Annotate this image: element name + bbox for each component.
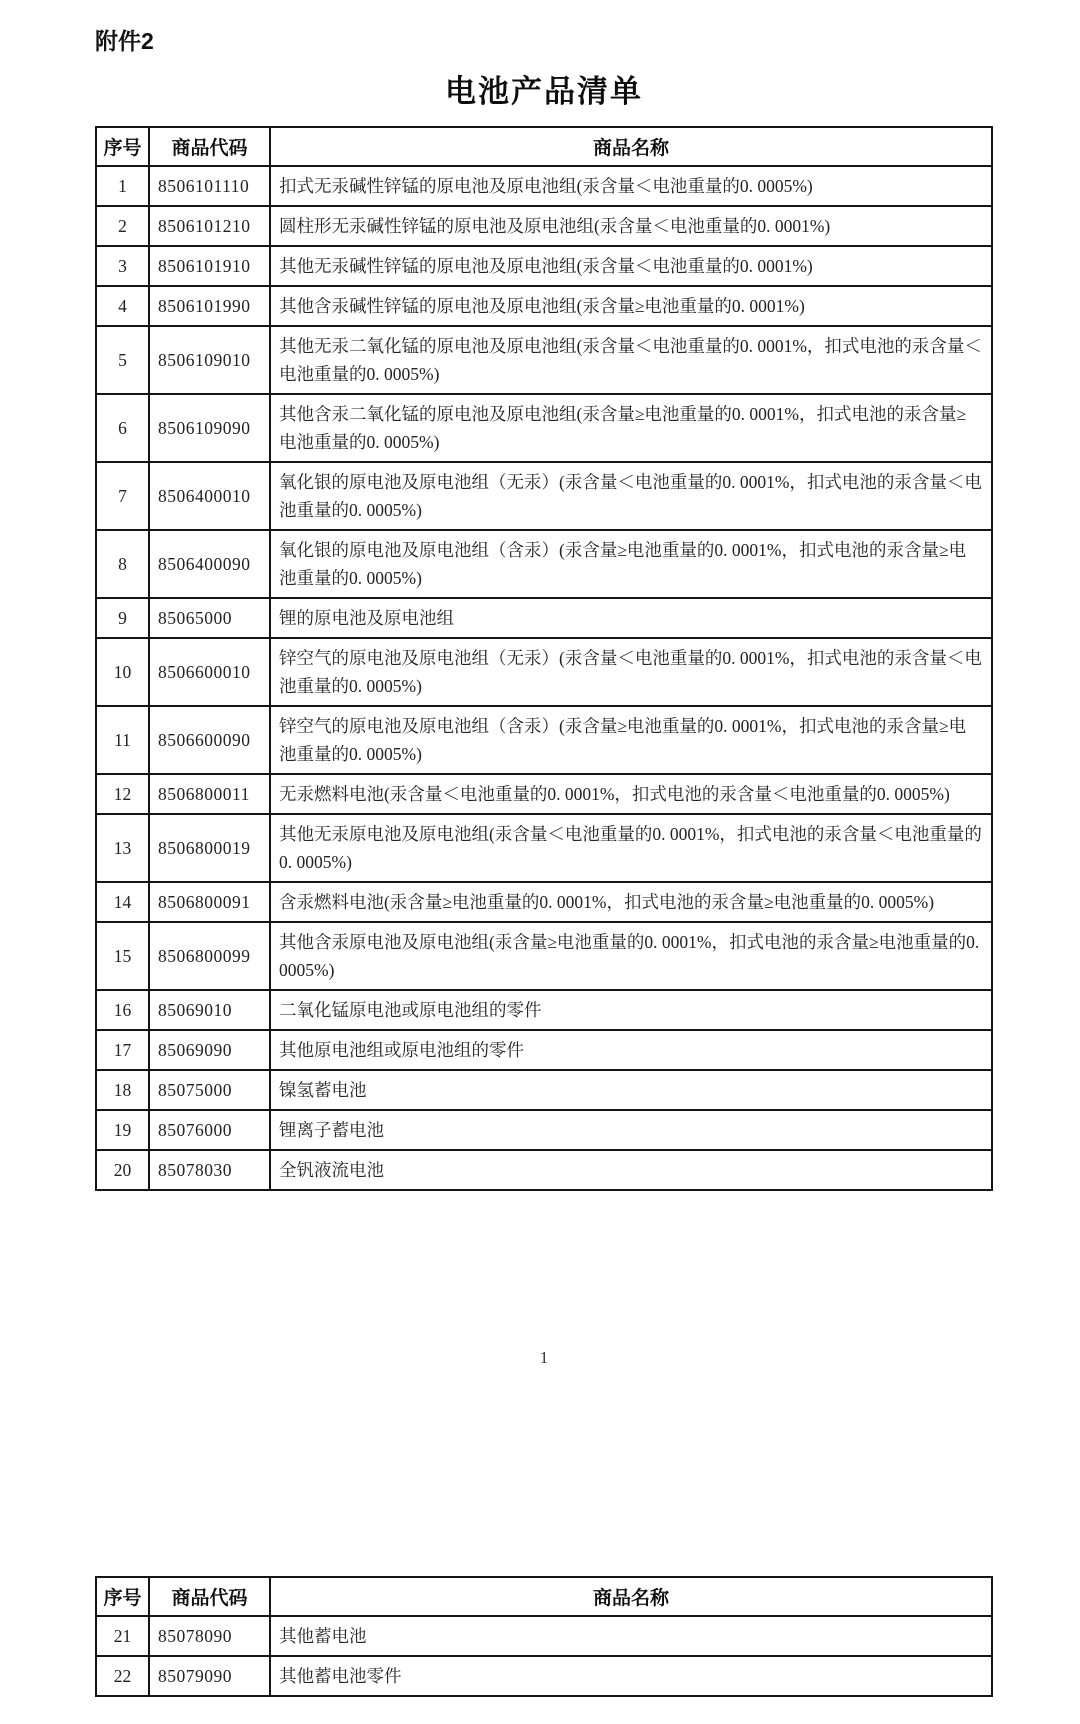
- row-number-cell: 2: [96, 206, 149, 246]
- product-code-cell: 85069010: [149, 990, 270, 1030]
- row-number-cell: 18: [96, 1070, 149, 1110]
- battery-product-table-page2-wrap: 序号 商品代码 商品名称 21 85078090 其他蓄电池 22 850790…: [95, 1576, 993, 1697]
- table-row: 4 8506101990 其他含汞碱性锌锰的原电池及原电池组(汞含量≥电池重量的…: [96, 286, 992, 326]
- product-name-cell: 锂的原电池及原电池组: [270, 598, 992, 638]
- table-body-page1: 1 8506101110 扣式无汞碱性锌锰的原电池及原电池组(汞含量＜电池重量的…: [96, 166, 992, 1190]
- product-code-cell: 8506800099: [149, 922, 270, 990]
- product-name-cell: 其他蓄电池: [270, 1616, 992, 1656]
- product-code-cell: 8506109090: [149, 394, 270, 462]
- product-name-cell: 其他含汞原电池及原电池组(汞含量≥电池重量的0. 0001%，扣式电池的汞含量≥…: [270, 922, 992, 990]
- row-number-cell: 13: [96, 814, 149, 882]
- row-number-cell: 3: [96, 246, 149, 286]
- product-name-cell: 圆柱形无汞碱性锌锰的原电池及原电池组(汞含量＜电池重量的0. 0001%): [270, 206, 992, 246]
- row-number-cell: 9: [96, 598, 149, 638]
- page-number: 1: [95, 1348, 993, 1368]
- product-code-cell: 8506101990: [149, 286, 270, 326]
- product-code-cell: 85065000: [149, 598, 270, 638]
- table-row: 8 8506400090 氧化银的原电池及原电池组（含汞）(汞含量≥电池重量的0…: [96, 530, 992, 598]
- table-row: 14 8506800091 含汞燃料电池(汞含量≥电池重量的0. 0001%，扣…: [96, 882, 992, 922]
- product-code-cell: 8506101210: [149, 206, 270, 246]
- product-name-cell: 含汞燃料电池(汞含量≥电池重量的0. 0001%，扣式电池的汞含量≥电池重量的0…: [270, 882, 992, 922]
- product-code-cell: 8506400090: [149, 530, 270, 598]
- header-cell-no: 序号: [96, 1577, 149, 1616]
- document-page: 附件2 电池产品清单 序号 商品代码 商品名称 1 8506101110 扣式无…: [0, 0, 1080, 1724]
- product-name-cell: 锂离子蓄电池: [270, 1110, 992, 1150]
- product-name-cell: 其他无汞碱性锌锰的原电池及原电池组(汞含量＜电池重量的0. 0001%): [270, 246, 992, 286]
- product-name-cell: 二氧化锰原电池或原电池组的零件: [270, 990, 992, 1030]
- table-row: 5 8506109010 其他无汞二氧化锰的原电池及原电池组(汞含量＜电池重量的…: [96, 326, 992, 394]
- product-name-cell: 其他蓄电池零件: [270, 1656, 992, 1696]
- table-row: 18 85075000 镍氢蓄电池: [96, 1070, 992, 1110]
- table-row: 11 8506600090 锌空气的原电池及原电池组（含汞）(汞含量≥电池重量的…: [96, 706, 992, 774]
- table-row: 15 8506800099 其他含汞原电池及原电池组(汞含量≥电池重量的0. 0…: [96, 922, 992, 990]
- row-number-cell: 14: [96, 882, 149, 922]
- product-name-cell: 无汞燃料电池(汞含量＜电池重量的0. 0001%，扣式电池的汞含量＜电池重量的0…: [270, 774, 992, 814]
- product-code-cell: 8506800019: [149, 814, 270, 882]
- row-number-cell: 22: [96, 1656, 149, 1696]
- header-cell-no: 序号: [96, 127, 149, 166]
- product-name-cell: 锌空气的原电池及原电池组（含汞）(汞含量≥电池重量的0. 0001%，扣式电池的…: [270, 706, 992, 774]
- row-number-cell: 10: [96, 638, 149, 706]
- row-number-cell: 17: [96, 1030, 149, 1070]
- row-number-cell: 7: [96, 462, 149, 530]
- row-number-cell: 21: [96, 1616, 149, 1656]
- product-code-cell: 85075000: [149, 1070, 270, 1110]
- product-name-cell: 其他无汞原电池及原电池组(汞含量＜电池重量的0. 0001%，扣式电池的汞含量＜…: [270, 814, 992, 882]
- product-code-cell: 85069090: [149, 1030, 270, 1070]
- product-name-cell: 其他无汞二氧化锰的原电池及原电池组(汞含量＜电池重量的0. 0001%，扣式电池…: [270, 326, 992, 394]
- table-row: 7 8506400010 氧化银的原电池及原电池组（无汞）(汞含量＜电池重量的0…: [96, 462, 992, 530]
- row-number-cell: 8: [96, 530, 149, 598]
- product-code-cell: 85076000: [149, 1110, 270, 1150]
- row-number-cell: 11: [96, 706, 149, 774]
- row-number-cell: 6: [96, 394, 149, 462]
- table-row: 20 85078030 全钒液流电池: [96, 1150, 992, 1190]
- product-code-cell: 8506600010: [149, 638, 270, 706]
- row-number-cell: 15: [96, 922, 149, 990]
- product-name-cell: 锌空气的原电池及原电池组（无汞）(汞含量＜电池重量的0. 0001%，扣式电池的…: [270, 638, 992, 706]
- table-row: 21 85078090 其他蓄电池: [96, 1616, 992, 1656]
- table-body-page2: 21 85078090 其他蓄电池 22 85079090 其他蓄电池零件: [96, 1616, 992, 1696]
- header-cell-code: 商品代码: [149, 127, 270, 166]
- row-number-cell: 16: [96, 990, 149, 1030]
- row-number-cell: 5: [96, 326, 149, 394]
- table-row: 17 85069090 其他原电池组或原电池组的零件: [96, 1030, 992, 1070]
- page-title: 电池产品清单: [95, 72, 993, 112]
- product-code-cell: 85078090: [149, 1616, 270, 1656]
- table-row: 6 8506109090 其他含汞二氧化锰的原电池及原电池组(汞含量≥电池重量的…: [96, 394, 992, 462]
- product-code-cell: 8506400010: [149, 462, 270, 530]
- table-row: 22 85079090 其他蓄电池零件: [96, 1656, 992, 1696]
- row-number-cell: 19: [96, 1110, 149, 1150]
- table-row: 9 85065000 锂的原电池及原电池组: [96, 598, 992, 638]
- table-header-row: 序号 商品代码 商品名称: [96, 1577, 992, 1616]
- battery-product-table-page1: 序号 商品代码 商品名称 1 8506101110 扣式无汞碱性锌锰的原电池及原…: [95, 126, 993, 1191]
- header-cell-name: 商品名称: [270, 1577, 992, 1616]
- product-code-cell: 8506109010: [149, 326, 270, 394]
- table-row: 3 8506101910 其他无汞碱性锌锰的原电池及原电池组(汞含量＜电池重量的…: [96, 246, 992, 286]
- row-number-cell: 20: [96, 1150, 149, 1190]
- product-code-cell: 8506800091: [149, 882, 270, 922]
- product-code-cell: 8506800011: [149, 774, 270, 814]
- product-code-cell: 85079090: [149, 1656, 270, 1696]
- product-name-cell: 全钒液流电池: [270, 1150, 992, 1190]
- table-row: 1 8506101110 扣式无汞碱性锌锰的原电池及原电池组(汞含量＜电池重量的…: [96, 166, 992, 206]
- header-cell-name: 商品名称: [270, 127, 992, 166]
- table-row: 19 85076000 锂离子蓄电池: [96, 1110, 992, 1150]
- row-number-cell: 1: [96, 166, 149, 206]
- product-name-cell: 氧化银的原电池及原电池组（无汞）(汞含量＜电池重量的0. 0001%，扣式电池的…: [270, 462, 992, 530]
- table-row: 13 8506800019 其他无汞原电池及原电池组(汞含量＜电池重量的0. 0…: [96, 814, 992, 882]
- battery-product-table-page2: 序号 商品代码 商品名称 21 85078090 其他蓄电池 22 850790…: [95, 1576, 993, 1697]
- product-code-cell: 8506101910: [149, 246, 270, 286]
- product-name-cell: 其他原电池组或原电池组的零件: [270, 1030, 992, 1070]
- product-code-cell: 8506600090: [149, 706, 270, 774]
- header-cell-code: 商品代码: [149, 1577, 270, 1616]
- product-code-cell: 8506101110: [149, 166, 270, 206]
- table-row: 16 85069010 二氧化锰原电池或原电池组的零件: [96, 990, 992, 1030]
- table-row: 10 8506600010 锌空气的原电池及原电池组（无汞）(汞含量＜电池重量的…: [96, 638, 992, 706]
- table-header-row: 序号 商品代码 商品名称: [96, 127, 992, 166]
- product-name-cell: 镍氢蓄电池: [270, 1070, 992, 1110]
- product-name-cell: 其他含汞二氧化锰的原电池及原电池组(汞含量≥电池重量的0. 0001%，扣式电池…: [270, 394, 992, 462]
- product-code-cell: 85078030: [149, 1150, 270, 1190]
- product-name-cell: 氧化银的原电池及原电池组（含汞）(汞含量≥电池重量的0. 0001%，扣式电池的…: [270, 530, 992, 598]
- table-row: 2 8506101210 圆柱形无汞碱性锌锰的原电池及原电池组(汞含量＜电池重量…: [96, 206, 992, 246]
- table-row: 12 8506800011 无汞燃料电池(汞含量＜电池重量的0. 0001%，扣…: [96, 774, 992, 814]
- row-number-cell: 12: [96, 774, 149, 814]
- attachment-label: 附件2: [95, 26, 1080, 56]
- row-number-cell: 4: [96, 286, 149, 326]
- product-name-cell: 扣式无汞碱性锌锰的原电池及原电池组(汞含量＜电池重量的0. 0005%): [270, 166, 992, 206]
- product-name-cell: 其他含汞碱性锌锰的原电池及原电池组(汞含量≥电池重量的0. 0001%): [270, 286, 992, 326]
